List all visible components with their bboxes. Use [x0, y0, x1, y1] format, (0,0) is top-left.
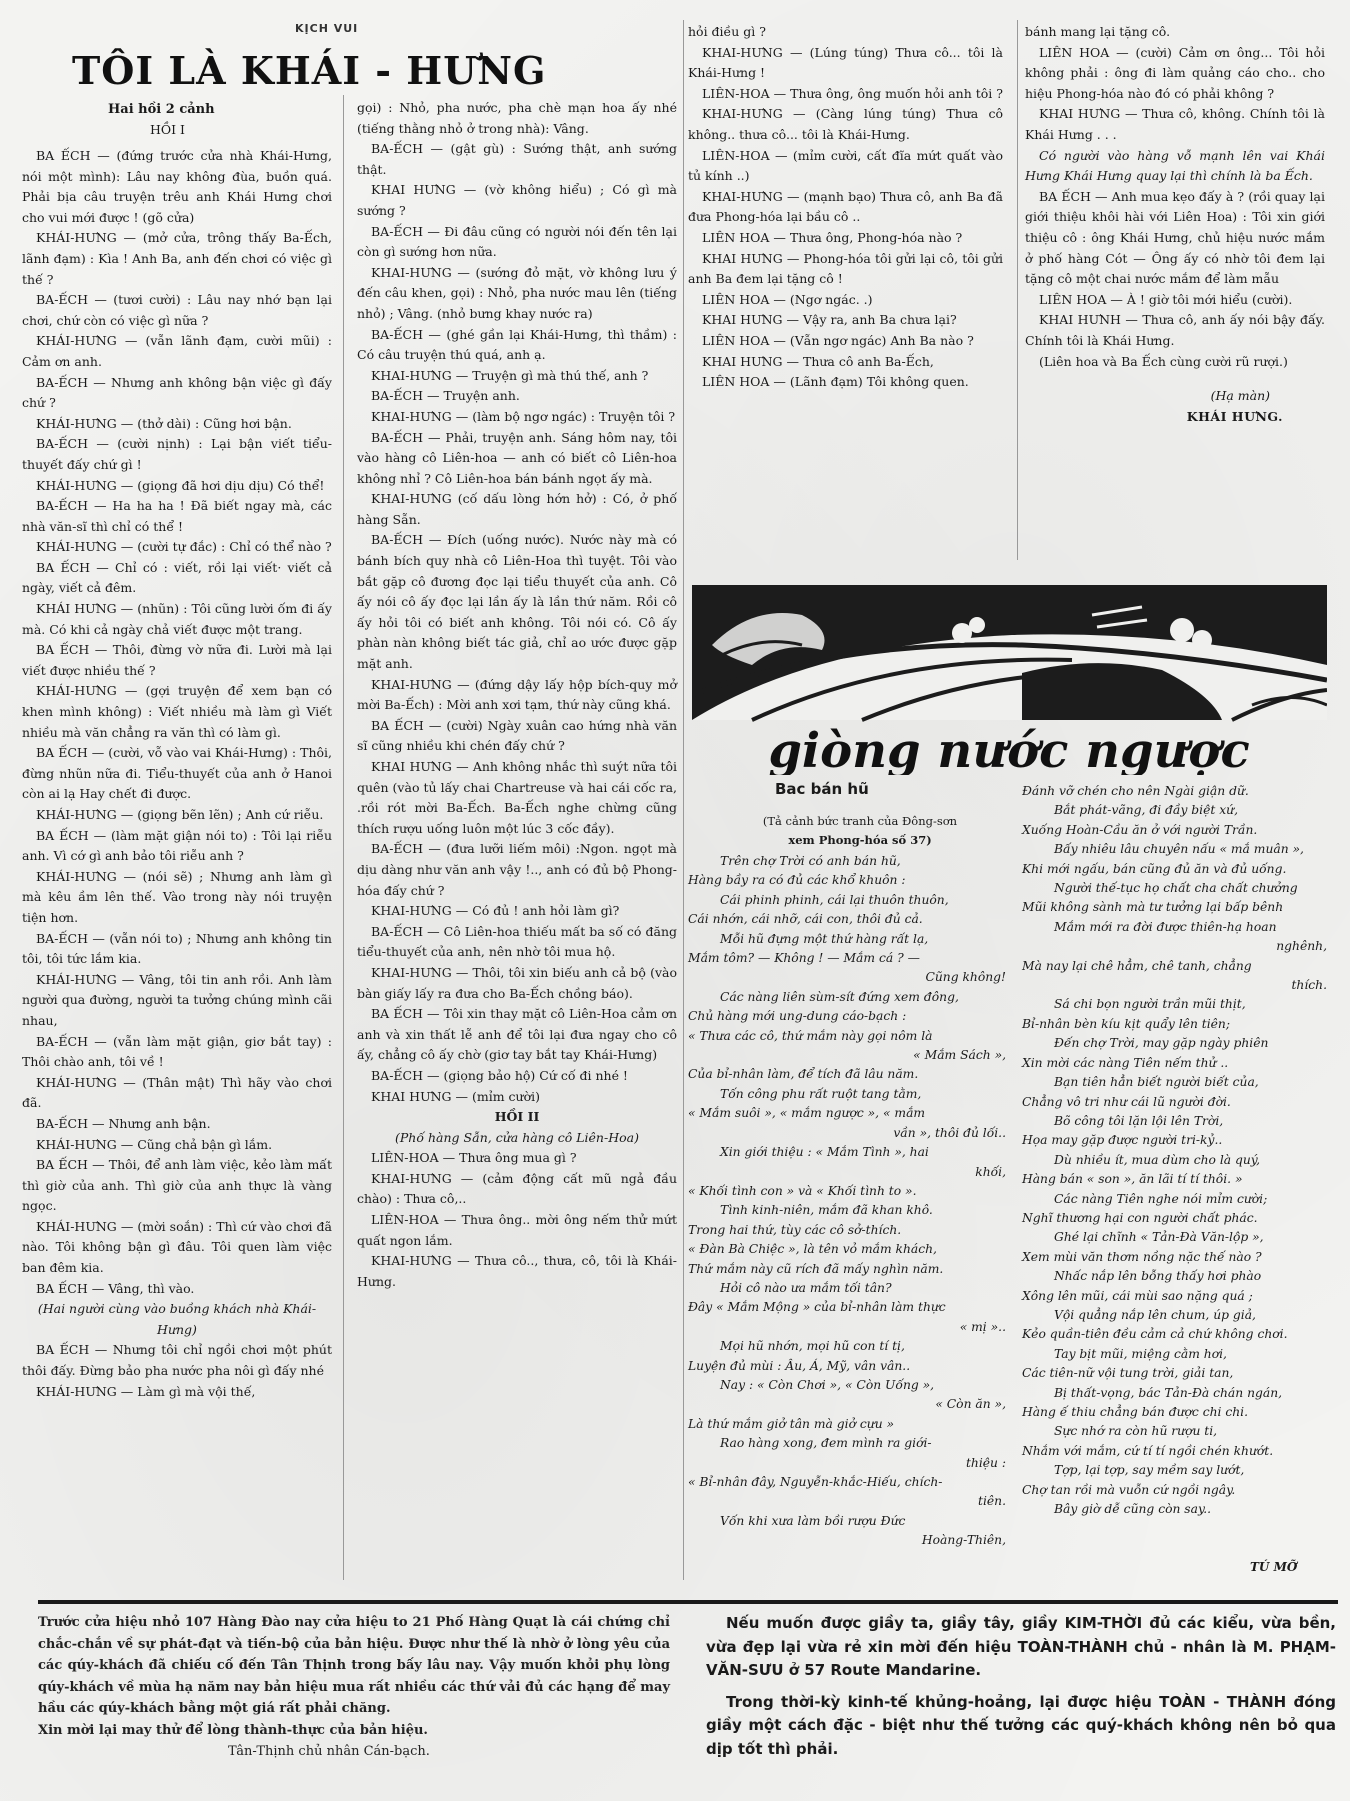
dialogue-line: BA ẾCH — Chỉ có : viết, rồi lại viết· vi…	[22, 558, 332, 599]
ads-top-rule	[38, 1600, 1338, 1604]
dialogue-line: KHAI HƯNG — (mỉm cười)	[357, 1087, 677, 1108]
poem-line: « Đàn Bà Chiệc », là tên vỏ mắm khách,	[688, 1240, 1006, 1259]
dialogue-line: BA ẾCH — Nhưng tôi chỉ ngồi chơi một phú…	[22, 1340, 332, 1381]
poem-line: Kẻo quần-tiên đều cảm cả chứ không chơi.	[1022, 1325, 1327, 1344]
dialogue-line: KHAI HƯNG — Thưa cô, không. Chính tôi là…	[1025, 104, 1325, 145]
dialogue-line: BA ẾCH — (cười) Ngày xuân cao hứng nhà v…	[357, 716, 677, 757]
dialogue-line: KHAI-HƯNG — Có đủ ! anh hỏi làm gì?	[357, 901, 677, 922]
poem-line: « Bỉ-nhân đây, Nguyễn-khắc-Hiếu, chích-	[688, 1473, 1006, 1492]
poem-line: Trên chợ Trời có anh bán hũ,	[688, 852, 1006, 871]
dialogue-line: KHÁI-HƯNG — (mở cửa, trông thấy Ba-Ếch, …	[22, 228, 332, 290]
poem-line: « Mắm Sách »,	[688, 1046, 1006, 1065]
dialogue-line: BA-ẾCH — (cười nịnh) : Lại bận viết tiểu…	[22, 434, 332, 475]
dialogue-line: LIÊN HOA — (Lãnh đạm) Tôi không quen.	[688, 372, 1003, 393]
poem-line: Xông lên mũi, cái mùi sao nặng quá ;	[1022, 1287, 1327, 1306]
poem-line: Các nàng liên sùm-sít đứng xem đông,	[688, 988, 1006, 1007]
dialogue-line: KHAI HƯNG — Vậy ra, anh Ba chưa lại?	[688, 310, 1003, 331]
poem-line: « mị »..	[688, 1318, 1006, 1337]
dialogue-line: gọi) : Nhỏ, pha nước, pha chè mạn hoa ấy…	[357, 98, 677, 139]
poem-line: nghênh,	[1022, 937, 1327, 956]
poem-line: Cái phinh phinh, cái lại thuôn thuôn,	[688, 891, 1006, 910]
poem-line: Bỉ-nhân bèn kíu kịt quẩy lên tiên;	[1022, 1015, 1327, 1034]
ad-left-signature: Tân-Thịnh chủ nhân Cán-bạch.	[38, 1741, 670, 1763]
poem-line: Nhấc nắp lên bỗng thấy hơi phào	[1022, 1267, 1327, 1286]
poem-line: Vốn khi xưa làm bồi rượu Đức	[688, 1512, 1006, 1531]
poem-line: Bấy nhiêu lâu chuyên nấu « mắ muân »,	[1022, 840, 1327, 859]
dialogue-line: BA-ẾCH — (vẫn nói to) ; Nhưng anh không …	[22, 929, 332, 970]
poem-line: Rao hàng xong, đem mình ra giới-	[688, 1434, 1006, 1453]
poem-line: « Thưa các cô, thứ mắm này gọi nôm là	[688, 1027, 1006, 1046]
dialogue-line: BA-ẾCH — (ghé gần lại Khái-Hưng, thì thầ…	[357, 325, 677, 366]
play-subtitle: Hai hồi 2 cảnh	[108, 102, 215, 117]
dialogue-line: HỒI II	[357, 1107, 677, 1128]
dialogue-line: KHAI-HƯNG — (mạnh bạo) Thưa cô, anh Ba đ…	[688, 187, 1003, 228]
poem-line: Xem mùi văn thơm nồng nặc thế nào ?	[1022, 1248, 1327, 1267]
dialogue-line: Có người vào hàng vỗ mạnh lên vai Khái H…	[1025, 146, 1325, 187]
dialogue-line: KHÁI-HƯNG — (giọng bẽn lẽn) ; Anh cứ riễ…	[22, 805, 332, 826]
poem-line: Nghĩ thương hại con người chất phác.	[1022, 1209, 1327, 1228]
dialogue-line: LIÊN-HOA — Thưa ông.. mời ông nếm thử mứ…	[357, 1210, 677, 1251]
poem-subtitle-line-2: xem Phong-hóa số 37)	[700, 831, 1020, 850]
dialogue-line: LIÊN-HOA — Thưa ông, ông muốn hỏi anh tô…	[688, 84, 1003, 105]
dialogue-line: KHAI-HƯNG — (Lúng túng) Thưa cô... tôi l…	[688, 43, 1003, 84]
poem-line: thích.	[1022, 976, 1327, 995]
poem-line: Của bỉ-nhân làm, để tích đã lâu năm.	[688, 1065, 1006, 1084]
dialogue-line: BA ẾCH — Anh mua kẹo đấy à ? (rồi quay l…	[1025, 187, 1325, 290]
dialogue-line: KHÁI-HƯNG — (Thân mật) Thì hãy vào chơi …	[22, 1073, 332, 1114]
poem-column-2: Đánh vỡ chén cho nên Ngài giận dữ.Bắt ph…	[1022, 782, 1327, 1519]
dialogue-line: LIÊN HOA — (Ngơ ngác. .)	[688, 290, 1003, 311]
woodcut-landscape-illustration: giòng nước ngược	[692, 585, 1327, 775]
column-divider	[683, 20, 684, 1580]
dialogue-line: KHAI-HƯNG — (Càng lúng túng) Thưa cô khô…	[688, 104, 1003, 145]
poem-line: Chợ tan rồi mà vuỗn cứ ngồi ngây.	[1022, 1481, 1327, 1500]
ad-left-body: Trước cửa hiệu nhỏ 107 Hàng Đào nay cửa …	[38, 1612, 670, 1720]
poem-line: Mỗi hũ đựng một thứ hàng rất lạ,	[688, 930, 1006, 949]
poem-line: thiệu :	[688, 1454, 1006, 1473]
dialogue-line: KHAI-HƯNG — (làm bộ ngơ ngác) : Truyện t…	[357, 407, 677, 428]
poem-subtitle: (Tả cảnh bức tranh của Đông-sơn xem Phon…	[700, 812, 1020, 850]
curtain-note: (Hạ màn)	[1025, 386, 1325, 407]
poem-line: Cũng không!	[688, 968, 1006, 987]
dialogue-line: KHAI-HƯNG — Truyện gì mà thú thế, anh ?	[357, 366, 677, 387]
dialogue-line: BA-ẾCH — (tươi cười) : Lâu nay nhớ bạn l…	[22, 290, 332, 331]
dialogue-line: KHAI HƯNG — Thưa cô anh Ba-Ếch,	[688, 352, 1003, 373]
dialogue-line: BA-ẾCH — (đưa lưỡi liếm môi) :Ngon. ngọt…	[357, 839, 677, 901]
poem-line: vần », thôi đủ lối..	[688, 1124, 1006, 1143]
giong-nuoc-nguoc-banner: giòng nước ngược	[692, 585, 1327, 775]
dialogue-line: KHÁI-HƯNG — (cười tự đắc) : Chỉ có thể n…	[22, 537, 332, 558]
dialogue-line: hỏi điều gì ?	[688, 22, 1003, 43]
poem-line: Đây « Mắm Mộng » của bỉ-nhân làm thực	[688, 1298, 1006, 1317]
dialogue-line: KHAI-HƯNG — (đứng dậy lấy hộp bích-quy m…	[357, 675, 677, 716]
dialogue-line: KHÁI-HƯNG — (giọng đã hơi dịu dịu) Có th…	[22, 476, 332, 497]
dialogue-line: BA-ẾCH — Đích (uống nước). Nước này mà c…	[357, 530, 677, 674]
dialogue-line: LIÊN HOA — (cười) Cảm ơn ông... Tôi hỏi …	[1025, 43, 1325, 105]
poem-line: Sá chi bọn người trần mũi thịt,	[1022, 995, 1327, 1014]
poem-line: Trong hai thứ, tùy các cô sở-thích.	[688, 1221, 1006, 1240]
poem-line: Bị thất-vọng, bác Tản-Đà chán ngán,	[1022, 1384, 1327, 1403]
poem-line: Khi mới ngấu, bán cũng đủ ăn và đủ uống.	[1022, 860, 1327, 879]
dialogue-line: BA-ẾCH — Truyện anh.	[357, 386, 677, 407]
dialogue-line: BA ẾCH — Vâng, thì vào.	[22, 1279, 332, 1300]
poem-line: tiên.	[688, 1492, 1006, 1511]
tan-thinh-advertisement: Trước cửa hiệu nhỏ 107 Hàng Đào nay cửa …	[38, 1612, 670, 1763]
dialogue-line: KHAI-HƯNG — Thưa cô.., thưa, cô, tôi là …	[357, 1251, 677, 1292]
poem-line: Mà nay lại chê hẳm, chê tanh, chẳng	[1022, 957, 1327, 976]
poem-line: Chẳng vô tri như cái lũ người đời.	[1022, 1093, 1327, 1112]
dialogue-line: KHAI HƯNG — (vờ không hiểu) ; Có gì mà s…	[357, 180, 677, 221]
play-column-1: BA ẾCH — (đứng trước cửa nhà Khái-Hưng, …	[22, 146, 332, 1402]
act-one-heading: HỒI I	[150, 122, 185, 137]
poem-subtitle-line-1: (Tả cảnh bức tranh của Đông-sơn	[700, 812, 1020, 831]
column-divider	[343, 95, 344, 1580]
poem-title: Bac bán hũ	[775, 780, 869, 798]
poem-line: Bây giờ dễ cũng còn say..	[1022, 1500, 1327, 1519]
poem-line: Bõ công tôi lặn lội lên Trời,	[1022, 1112, 1327, 1131]
poem-line: Mắm mới ra đời được thiên-hạ hoan	[1022, 918, 1327, 937]
poem-line: Đến chợ Trời, may gặp ngày phiên	[1022, 1034, 1327, 1053]
poem-column-1: Trên chợ Trời có anh bán hũ,Hàng bầy ra …	[688, 852, 1006, 1551]
dialogue-line: BA-ẾCH — Đi đâu cũng có người nói đến tê…	[357, 222, 677, 263]
poem-line: « Mắm suôi », « mắm ngược », « mắm	[688, 1104, 1006, 1123]
dialogue-line: BA-ẾCH — Phải, truyện anh. Sáng hôm nay,…	[357, 428, 677, 490]
poem-line: Mũi không sành mà tư tưởng lại bấp bênh	[1022, 898, 1327, 917]
poem-line: Hàng ế thiu chẳng bán được chi chi.	[1022, 1403, 1327, 1422]
dialogue-line: KHÁI HƯNG — (nhũn) : Tôi cũng lười ốm đi…	[22, 599, 332, 640]
poem-line: Tốn công phu rất ruột tang tằm,	[688, 1085, 1006, 1104]
poem-line: Họa may gặp được người tri-kỷ..	[1022, 1131, 1327, 1150]
poem-line: Nay : « Còn Chơi », « Còn Uống »,	[688, 1376, 1006, 1395]
poem-line: Hàng bán « son », ăn lãi tí tí thôi. »	[1022, 1170, 1327, 1189]
poem-line: Là thứ mắm giở tân mà giở cựu »	[688, 1415, 1006, 1434]
poem-line: Các tiên-nữ vội tung trời, giải tan,	[1022, 1364, 1327, 1383]
poem-line: Chủ hàng mới ung-dung cáo-bạch :	[688, 1007, 1006, 1026]
newspaper-page: KỊCH VUI TÔI LÀ KHÁI - HƯNG Hai hồi 2 cả…	[0, 0, 1350, 1801]
banner-title: giòng nước ngược	[768, 723, 1249, 775]
dialogue-line: BA-ẾCH — (vẫn làm mặt giận, giơ bắt tay)…	[22, 1032, 332, 1073]
dialogue-line: BA ẾCH — Tôi xin thay mặt cô Liên-Hoa cả…	[357, 1004, 677, 1066]
poem-line: Mọi hũ nhớn, mọi hũ con tí tị,	[688, 1337, 1006, 1356]
poem-line: khối,	[688, 1163, 1006, 1182]
dialogue-line: BA ẾCH — Thôi, đừng vờ nữa đi. Lười mà l…	[22, 640, 332, 681]
poem-line: Ghé lại chĩnh « Tản-Đà Văn-lộp »,	[1022, 1228, 1327, 1247]
dialogue-line: BA-ẾCH — Ha ha ha ! Đã biết ngay mà, các…	[22, 496, 332, 537]
dialogue-line: KHÁI-HƯNG — Làm gì mà vội thế,	[22, 1382, 332, 1403]
poem-line: « Khối tình con » và « Khối tình to ».	[688, 1182, 1006, 1201]
poem-line: Tình kinh-niên, mắm đã khan khô.	[688, 1201, 1006, 1220]
dialogue-line: KHAI HƯNG — Phong-hóa tôi gửi lại cô, tô…	[688, 249, 1003, 290]
play-column-4-body: bánh mang lại tặng cô.LIÊN HOA — (cười) …	[1025, 22, 1325, 372]
poem-line: Tợp, lại tợp, say mềm say lướt,	[1022, 1461, 1327, 1480]
dialogue-line: BA ẾCH — (đứng trước cửa nhà Khái-Hưng, …	[22, 146, 332, 228]
poem-line: Hỏi cô nào ưa mắm tối tân?	[688, 1279, 1006, 1298]
dialogue-line: BA ẾCH — (làm mặt giận nói to) : Tôi lại…	[22, 826, 332, 867]
poem-line: Xin giới thiệu : « Mắm Tình », hai	[688, 1143, 1006, 1162]
dialogue-line: LIÊN-HOA — Thưa ông mua gì ?	[357, 1148, 677, 1169]
dialogue-line: KHAI-HƯNG (cố dấu lòng hớn hở) : Có, ở p…	[357, 489, 677, 530]
poem-line: Vội quẳng nắp lên chum, úp giả,	[1022, 1306, 1327, 1325]
poem-line: Cái nhớn, cái nhỡ, cái con, thôi đủ cả.	[688, 910, 1006, 929]
dialogue-line: BA-ẾCH — Nhưng anh bận.	[22, 1114, 332, 1135]
poem-line: Các nàng Tiên nghe nói mỉm cười;	[1022, 1190, 1327, 1209]
dialogue-line: BA-ẾCH — (giọng bảo hộ) Cứ cố đi nhé !	[357, 1066, 677, 1087]
dialogue-line: LIÊN HOA — Thưa ông, Phong-hóa nào ?	[688, 228, 1003, 249]
ad-right-paragraph-2: Trong thời-kỳ kinh-tế khủng-hoảng, lại đ…	[706, 1691, 1336, 1762]
poem-line: Bắt phát-vãng, đi đầy biệt xứ,	[1022, 801, 1327, 820]
poem-line: Hoàng-Thiên,	[688, 1531, 1006, 1550]
poem-line: Người thế-tục họ chất cha chất chưởng	[1022, 879, 1327, 898]
poem-line: Sực nhớ ra còn hũ rượu ti,	[1022, 1422, 1327, 1441]
dialogue-line: KHÁI-HƯNG — (nói sẽ) ; Nhưng anh làm gì …	[22, 867, 332, 929]
play-headline: TÔI LÀ KHÁI - HƯNG	[72, 48, 546, 93]
poem-line: Đánh vỡ chén cho nên Ngài giận dữ.	[1022, 782, 1327, 801]
poem-line: Bạn tiên hẳn biết người biết của,	[1022, 1073, 1327, 1092]
dialogue-line: KHÁI-HƯNG — (thở dài) : Cũng hơi bận.	[22, 414, 332, 435]
dialogue-line: KHAI-HƯNG — (cảm động cất mũ ngả đầu chà…	[357, 1169, 677, 1210]
poem-line: Xin mời các nàng Tiên nếm thử ..	[1022, 1054, 1327, 1073]
dialogue-line: KHÁI-HƯNG — (mời soắn) : Thì cứ vào chơi…	[22, 1217, 332, 1279]
poem-author: TÚ MỠ	[1250, 1560, 1297, 1574]
play-column-4: bánh mang lại tặng cô.LIÊN HOA — (cười) …	[1025, 22, 1325, 427]
dialogue-line: KHÁI-HƯNG — (vẫn lãnh đạm, cười mũi) : C…	[22, 331, 332, 372]
dialogue-line: KHÁI-HƯNG — (gợi truyện để xem bạn có kh…	[22, 681, 332, 743]
dialogue-line: KHÁI-HƯNG — Cũng chả bận gì lắm.	[22, 1135, 332, 1156]
column-divider	[1017, 20, 1018, 560]
dialogue-line: BA-ẾCH — Cô Liên-hoa thiếu mất ba số có …	[357, 922, 677, 963]
play-column-3: hỏi điều gì ?KHAI-HƯNG — (Lúng túng) Thư…	[688, 22, 1003, 393]
toan-thanh-advertisement: Nếu muốn được giầy ta, giầy tây, giầy KI…	[706, 1612, 1336, 1769]
dialogue-line: KHAI HƯNG — Anh không nhắc thì suýt nữa …	[357, 757, 677, 839]
dialogue-line: BA-ẾCH — Nhưng anh không bận việc gì đấy…	[22, 373, 332, 414]
dialogue-line: KHAI-HƯNG — Thôi, tôi xin biếu anh cả bộ…	[357, 963, 677, 1004]
dialogue-line: (Hai người cùng vào buồng khách nhà Khái…	[22, 1299, 332, 1340]
poem-line: Luyện đủ mùi : Âu, Á, Mỹ, vân vân..	[688, 1357, 1006, 1376]
play-author: KHÁI HƯNG.	[1025, 407, 1325, 428]
ad-right-paragraph-1: Nếu muốn được giầy ta, giầy tây, giầy KI…	[706, 1612, 1336, 1683]
dialogue-line: LIÊN HOA — À ! giờ tôi mới hiểu (cười).	[1025, 290, 1325, 311]
dialogue-line: KHÁI-HƯNG — Vâng, tôi tin anh rồi. Anh l…	[22, 970, 332, 1032]
dialogue-line: LIÊN HOA — (Vẫn ngơ ngác) Anh Ba nào ?	[688, 331, 1003, 352]
poem-line: Nhắm với mắm, cứ tí tí ngồi chén khướt.	[1022, 1442, 1327, 1461]
section-kicker: KỊCH VUI	[295, 22, 358, 35]
poem-line: Hàng bầy ra có đủ các khổ khuôn :	[688, 871, 1006, 890]
poem-line: Dù nhiều ít, mua dùm cho là quý,	[1022, 1151, 1327, 1170]
dialogue-line: KHAI-HƯNG — (sướng đỏ mặt, vờ không lưu …	[357, 263, 677, 325]
dialogue-line: BA ẾCH — Thôi, để anh làm việc, kẻo làm …	[22, 1155, 332, 1217]
play-column-2: gọi) : Nhỏ, pha nước, pha chè mạn hoa ấy…	[357, 98, 677, 1292]
poem-line: « Còn ăn »,	[688, 1395, 1006, 1414]
poem-line: Tay bịt mũi, miệng cằm hơi,	[1022, 1345, 1327, 1364]
poem-line: Thứ mắm này cũ rích đã mấy nghìn năm.	[688, 1260, 1006, 1279]
poem-line: Xuống Hoàn-Cầu ăn ở với người Trần.	[1022, 821, 1327, 840]
ad-left-invitation: Xin mời lại may thử để lòng thành-thực c…	[38, 1720, 670, 1742]
poem-line: Mắm tôm? — Không ! — Mắm cá ? —	[688, 949, 1006, 968]
dialogue-line: BA ẾCH — (cười, vỗ vào vai Khái-Hưng) : …	[22, 743, 332, 805]
dialogue-line: (Liên hoa và Ba Ếch cùng cười rũ rượi.)	[1025, 352, 1325, 373]
dialogue-line: (Phố hàng Sẫn, cửa hàng cô Liên-Hoa)	[357, 1128, 677, 1149]
dialogue-line: bánh mang lại tặng cô.	[1025, 22, 1325, 43]
dialogue-line: BA-ẾCH — (gật gù) : Sướng thật, anh sướn…	[357, 139, 677, 180]
dialogue-line: KHAI HƯNH — Thưa cô, anh ấy nói bậy đấy.…	[1025, 310, 1325, 351]
dialogue-line: LIÊN-HOA — (mỉm cười, cất đĩa mứt quất v…	[688, 146, 1003, 187]
